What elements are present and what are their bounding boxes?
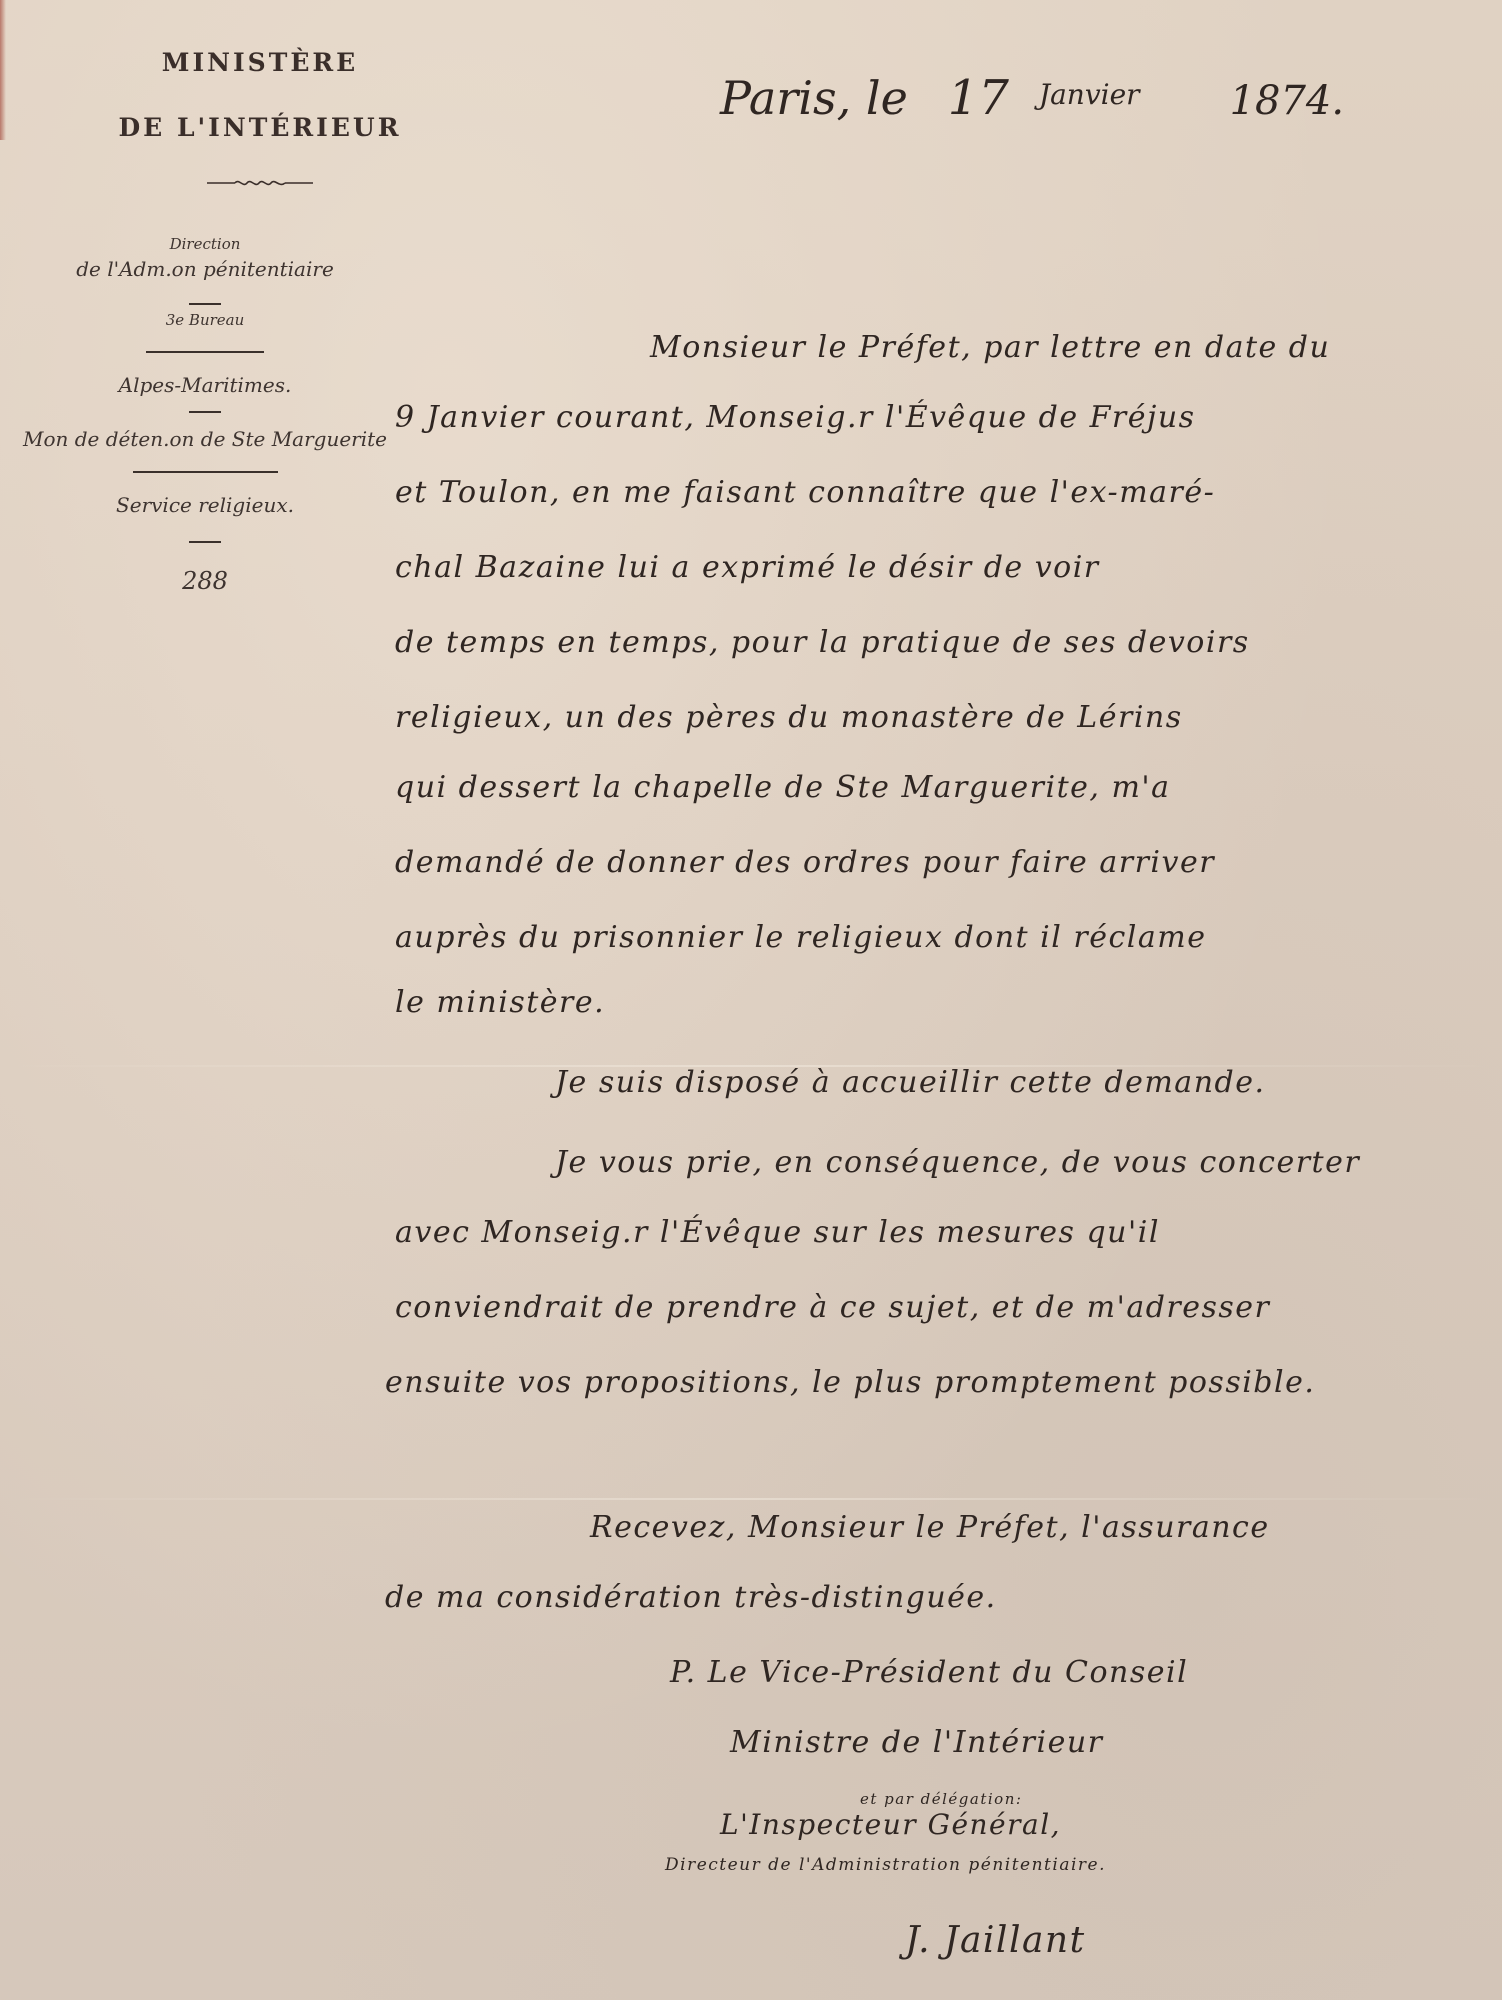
margin-direction: Direction [20, 235, 390, 253]
divider [133, 471, 278, 473]
closing-line: de ma considération très-distinguée. [385, 1580, 997, 1615]
letterhead-ministry: MINISTÈRE [80, 50, 440, 75]
body-line: Je suis disposé à accueillir cette deman… [555, 1065, 1266, 1100]
body-line: de temps en temps, pour la pratique de s… [395, 625, 1250, 660]
signature-title-line: L'Inspecteur Général, [720, 1808, 1061, 1841]
divider [189, 411, 221, 413]
body-line: Je vous prie, en conséquence, de vous co… [555, 1145, 1360, 1180]
letterhead: MINISTÈRE DE L'INTÉRIEUR [80, 50, 440, 188]
date-month: Janvier [1039, 78, 1140, 111]
letterhead-department: DE L'INTÉRIEUR [80, 115, 440, 140]
body-line: et Toulon, en me faisant connaître que l… [395, 475, 1215, 510]
date-day: 17 [948, 70, 1009, 126]
date-year: 1874. [1230, 78, 1345, 124]
body-line: Monsieur le Préfet, par lettre en date d… [650, 330, 1330, 365]
divider [146, 351, 264, 353]
body-line: chal Bazaine lui a exprimé le désir de v… [395, 550, 1100, 585]
margin-establishment: Mon de déten.on de Ste Marguerite [20, 427, 390, 451]
date-city: Paris, le [720, 71, 908, 125]
paper-fold [0, 1498, 1502, 1500]
dateline: Paris, le17Janvier1874. [720, 70, 1344, 126]
signature-title-line: Ministre de l'Intérieur [730, 1725, 1103, 1760]
body-line: ensuite vos propositions, le plus prompt… [385, 1365, 1315, 1400]
body-line: avec Monseig.r l'Évêque sur les mesures … [395, 1215, 1160, 1250]
divider [189, 541, 221, 543]
body-line: religieux, un des pères du monastère de … [395, 700, 1183, 735]
body-line: auprès du prisonnier le religieux dont i… [395, 920, 1206, 955]
signature-title-line: P. Le Vice-Président du Conseil [670, 1655, 1188, 1690]
signature-title-line: Directeur de l'Administration pénitentia… [665, 1855, 1106, 1875]
divider [189, 303, 221, 305]
handwritten-signature: J. Jaillant [905, 1920, 1086, 1961]
body-line: 9 Janvier courant, Monseig.r l'Évêque de… [395, 400, 1196, 435]
margin-administration: de l'Adm.on pénitentiaire [20, 257, 390, 281]
closing-line: Recevez, Monsieur le Préfet, l'assurance [590, 1510, 1270, 1545]
body-line: conviendrait de prendre à ce sujet, et d… [395, 1290, 1270, 1325]
body-line: qui dessert la chapelle de Ste Marguerit… [395, 770, 1171, 805]
body-line: demandé de donner des ordres pour faire … [395, 845, 1215, 880]
margin-notes: Direction de l'Adm.on pénitentiaire 3e B… [20, 235, 390, 596]
margin-department: Alpes-Maritimes. [20, 373, 390, 397]
paper-edge [0, 0, 6, 140]
body-line: le ministère. [395, 985, 605, 1020]
margin-reference-number: 288 [20, 567, 390, 596]
flourish-ornament-icon [205, 178, 315, 188]
margin-bureau: 3e Bureau [20, 311, 390, 329]
margin-subject: Service religieux. [20, 493, 390, 517]
signature-delegation: et par délégation: [860, 1790, 1022, 1808]
